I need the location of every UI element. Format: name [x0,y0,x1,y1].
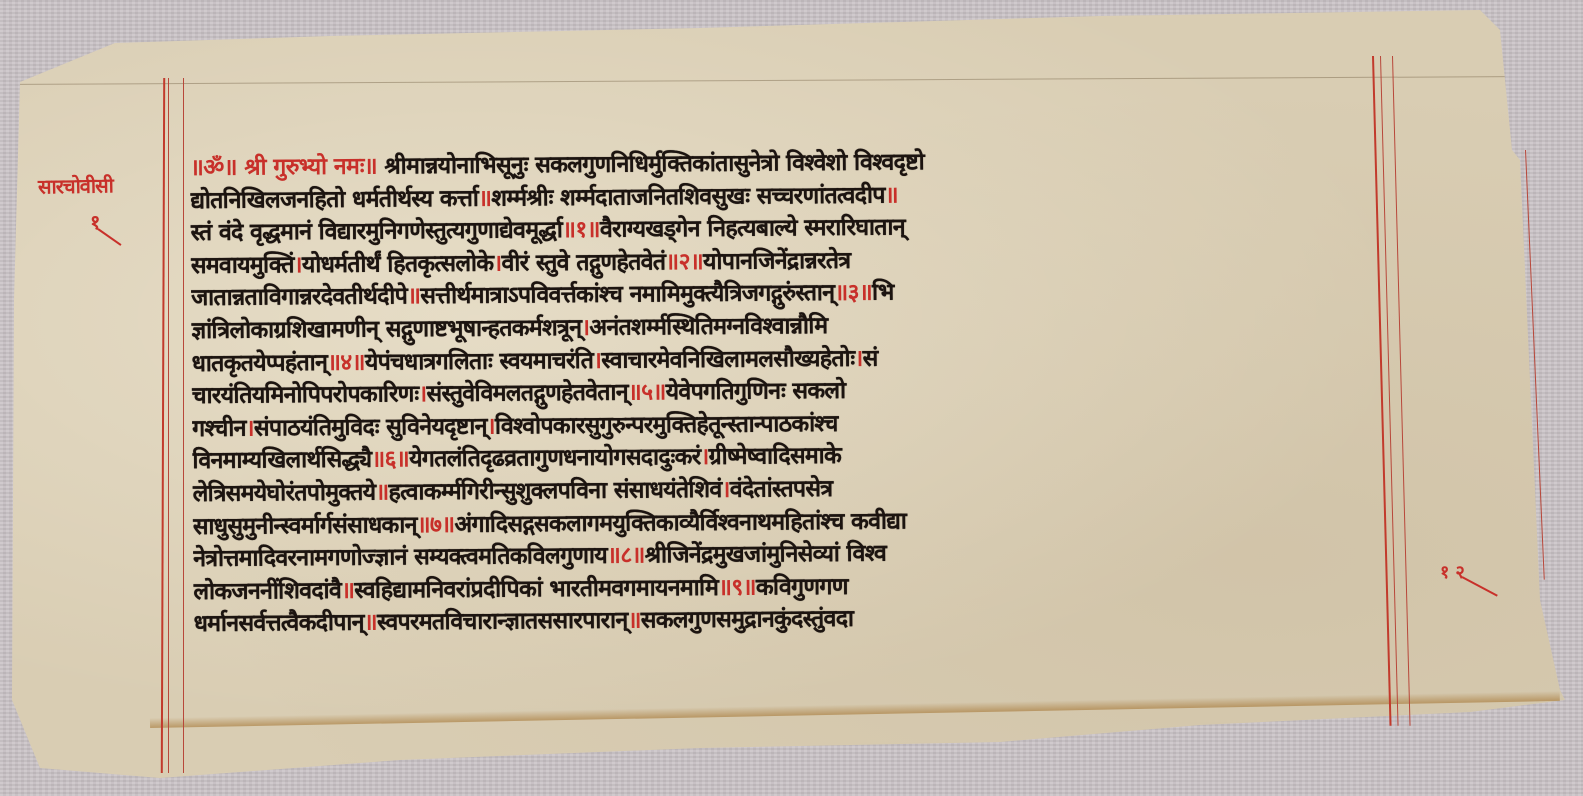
text-segment: सत्तीर्थमात्राऽपविवर्त्तकांश्च नमामिमुक्… [420,280,834,309]
text-segment: सं [863,345,878,371]
text-segment: येगतलंतिदृढव्रतागुणधनायोगसदादुःकरं [409,444,701,472]
text-segment: स्वपरमतविचारान्ज्ञातससारपारान् [377,608,628,636]
page-number: १२ [1440,560,1471,584]
verse-marker: ॥२॥ [665,249,703,275]
margin-folio-number: १ [90,208,100,235]
verse-marker: ॥ॐ॥ श्री गुरुभ्यो नमः॥ [190,153,385,181]
text-segment: स्वाचारमेवनिखिलामलसौख्यहेतोः [601,345,854,373]
verse-marker: ॥६॥ [371,447,409,473]
verse-marker: ॥५॥ [628,379,666,405]
text-segment: वैराग्यखड्गेन निहत्यबाल्ये स्मरारिघातान् [600,215,905,243]
verse-marker: ॥३॥ [834,280,872,306]
text-segment: श्रीजिनेंद्रमुखजांमुनिसेव्यां विश्व [645,541,887,569]
text-segment: ग्रीष्मेष्वादिसमाके [709,443,842,470]
verse-marker: । [593,347,601,373]
text-segment: अनंतशर्म्मस्थितिमग्नविश्वान्नौमि [589,313,827,341]
text-segment: संपाठयंतिमुविदः सुविनेयदृष्टान् [254,413,487,441]
text-segment: योधर्मतीर्थं हितकृत्सलोके [302,250,494,278]
verse-marker: । [246,415,254,441]
verse-marker: ॥ [364,610,377,636]
text-segment: समवायमुक्तिं [191,252,294,279]
text-segment: सकलगुणसमुद्रानकुंदस्तुंवदा [641,606,854,634]
verse-marker: ॥७॥ [417,511,455,537]
verse-marker: ॥ [341,577,354,603]
text-segment: नेत्रोत्तमादिवरनामगणोज्ज्ञानं सम्यक्त्वम… [193,543,607,572]
manuscript-text: ॥ॐ॥ श्री गुरुभ्यो नमः॥ श्रीमान्नयोनाभिसू… [190,143,1374,641]
verse-marker: ॥८॥ [607,543,645,569]
left-margin-rule [183,78,184,773]
text-segment: विनमाम्यखिलार्थसिद्ध्यै [192,447,371,474]
text-segment: स्तं वंदे वृद्धमानं विद्यारमुनिगणेस्तुत्… [191,217,563,246]
left-margin-rule [168,78,169,773]
text-segment: विश्वोपकारसुगुरुन्परमुक्तिहेतून्स्तान्पा… [495,411,838,440]
text-segment: येवेपगतिगुणिनः सकलो [666,378,846,405]
text-segment: भि [872,280,894,306]
manuscript-folio: सारचोवीसी १ १२ ॥ॐ॥ श्री गुरुभ्यो नमः॥ श्… [0,0,1583,796]
verse-marker: ॥ [407,284,420,310]
verse-marker: । [493,250,501,276]
text-segment: स्वहिद्यामनिवरांप्रदीपिकां भारतीमवगमायनम… [354,575,718,604]
verse-marker: । [581,315,589,341]
text-segment: गश्चीन [192,415,246,441]
verse-marker: ॥९॥ [718,574,756,600]
text-segment: धर्मानसर्वत्तत्वैकदीपान् [194,610,364,637]
text-segment: साधुसुमुनीन्स्वर्मार्गसंसाधकान् [193,512,417,540]
text-segment: लेत्रिसमयेघोरंतपोमुक्तये [193,479,376,506]
verse-marker: ॥ [375,479,388,505]
verse-marker: ॥१॥ [562,217,600,243]
text-segment: चारयंतियमिनोपिपरोपकारिणः [192,381,419,409]
verse-marker: । [294,252,302,278]
text-segment: येपंचधात्रगलिताः स्वयमाचरंति [365,347,593,375]
text-segment: योपानजिनेंद्रान्नरतेत्र [703,248,851,275]
text-segment: संस्तुवेविमलतद्गुणहेतवेतान् [426,380,628,408]
verse-marker: ॥४॥ [327,349,365,375]
text-segment: धातकृतयेप्पहंतान् [192,349,328,376]
text-segment: ज्ञांत्रिलोकाग्रशिखामणीन् सद्गुणाष्टभूषा… [191,315,581,344]
text-segment: वीरं स्तुवे तद्गुणहेतवेतं [501,249,665,276]
text-segment: वंदेतांस्तपसेत्र [730,476,833,503]
verse-marker: ॥ [628,608,641,634]
verse-marker: । [854,345,862,371]
text-segment: शर्म्मश्रीः शर्म्मदाताजनितशिवसुखः सच्चरण… [491,182,885,211]
text-segment: श्रीमान्नयोनाभिसूनुः सकलगुणनिधिर्मुक्तिक… [384,149,924,179]
verse-marker: । [487,413,495,439]
verse-marker: ॥ [478,185,491,211]
margin-title: सारचोवीसी [38,171,113,199]
text-segment: लोकजननींशिवदांवै [193,578,341,605]
text-segment: अंगादिसद्गसकलागमयुक्तिकाव्यैर्विश्वनाथमह… [454,508,906,538]
verse-marker: ॥ [885,182,898,208]
text-segment: हत्वाकर्म्मगिरीन्सुशुक्लपविना संसाधयंतेश… [388,477,721,506]
text-segment: कविगुणगण [756,574,848,601]
text-segment: द्योतनिखिलजनहितो धर्मतीर्थस्य कर्त्ता [190,185,478,213]
verse-marker: । [418,381,426,407]
text-segment: जातान्नताविगान्नरदेवतीर्थदीपे [191,284,407,312]
